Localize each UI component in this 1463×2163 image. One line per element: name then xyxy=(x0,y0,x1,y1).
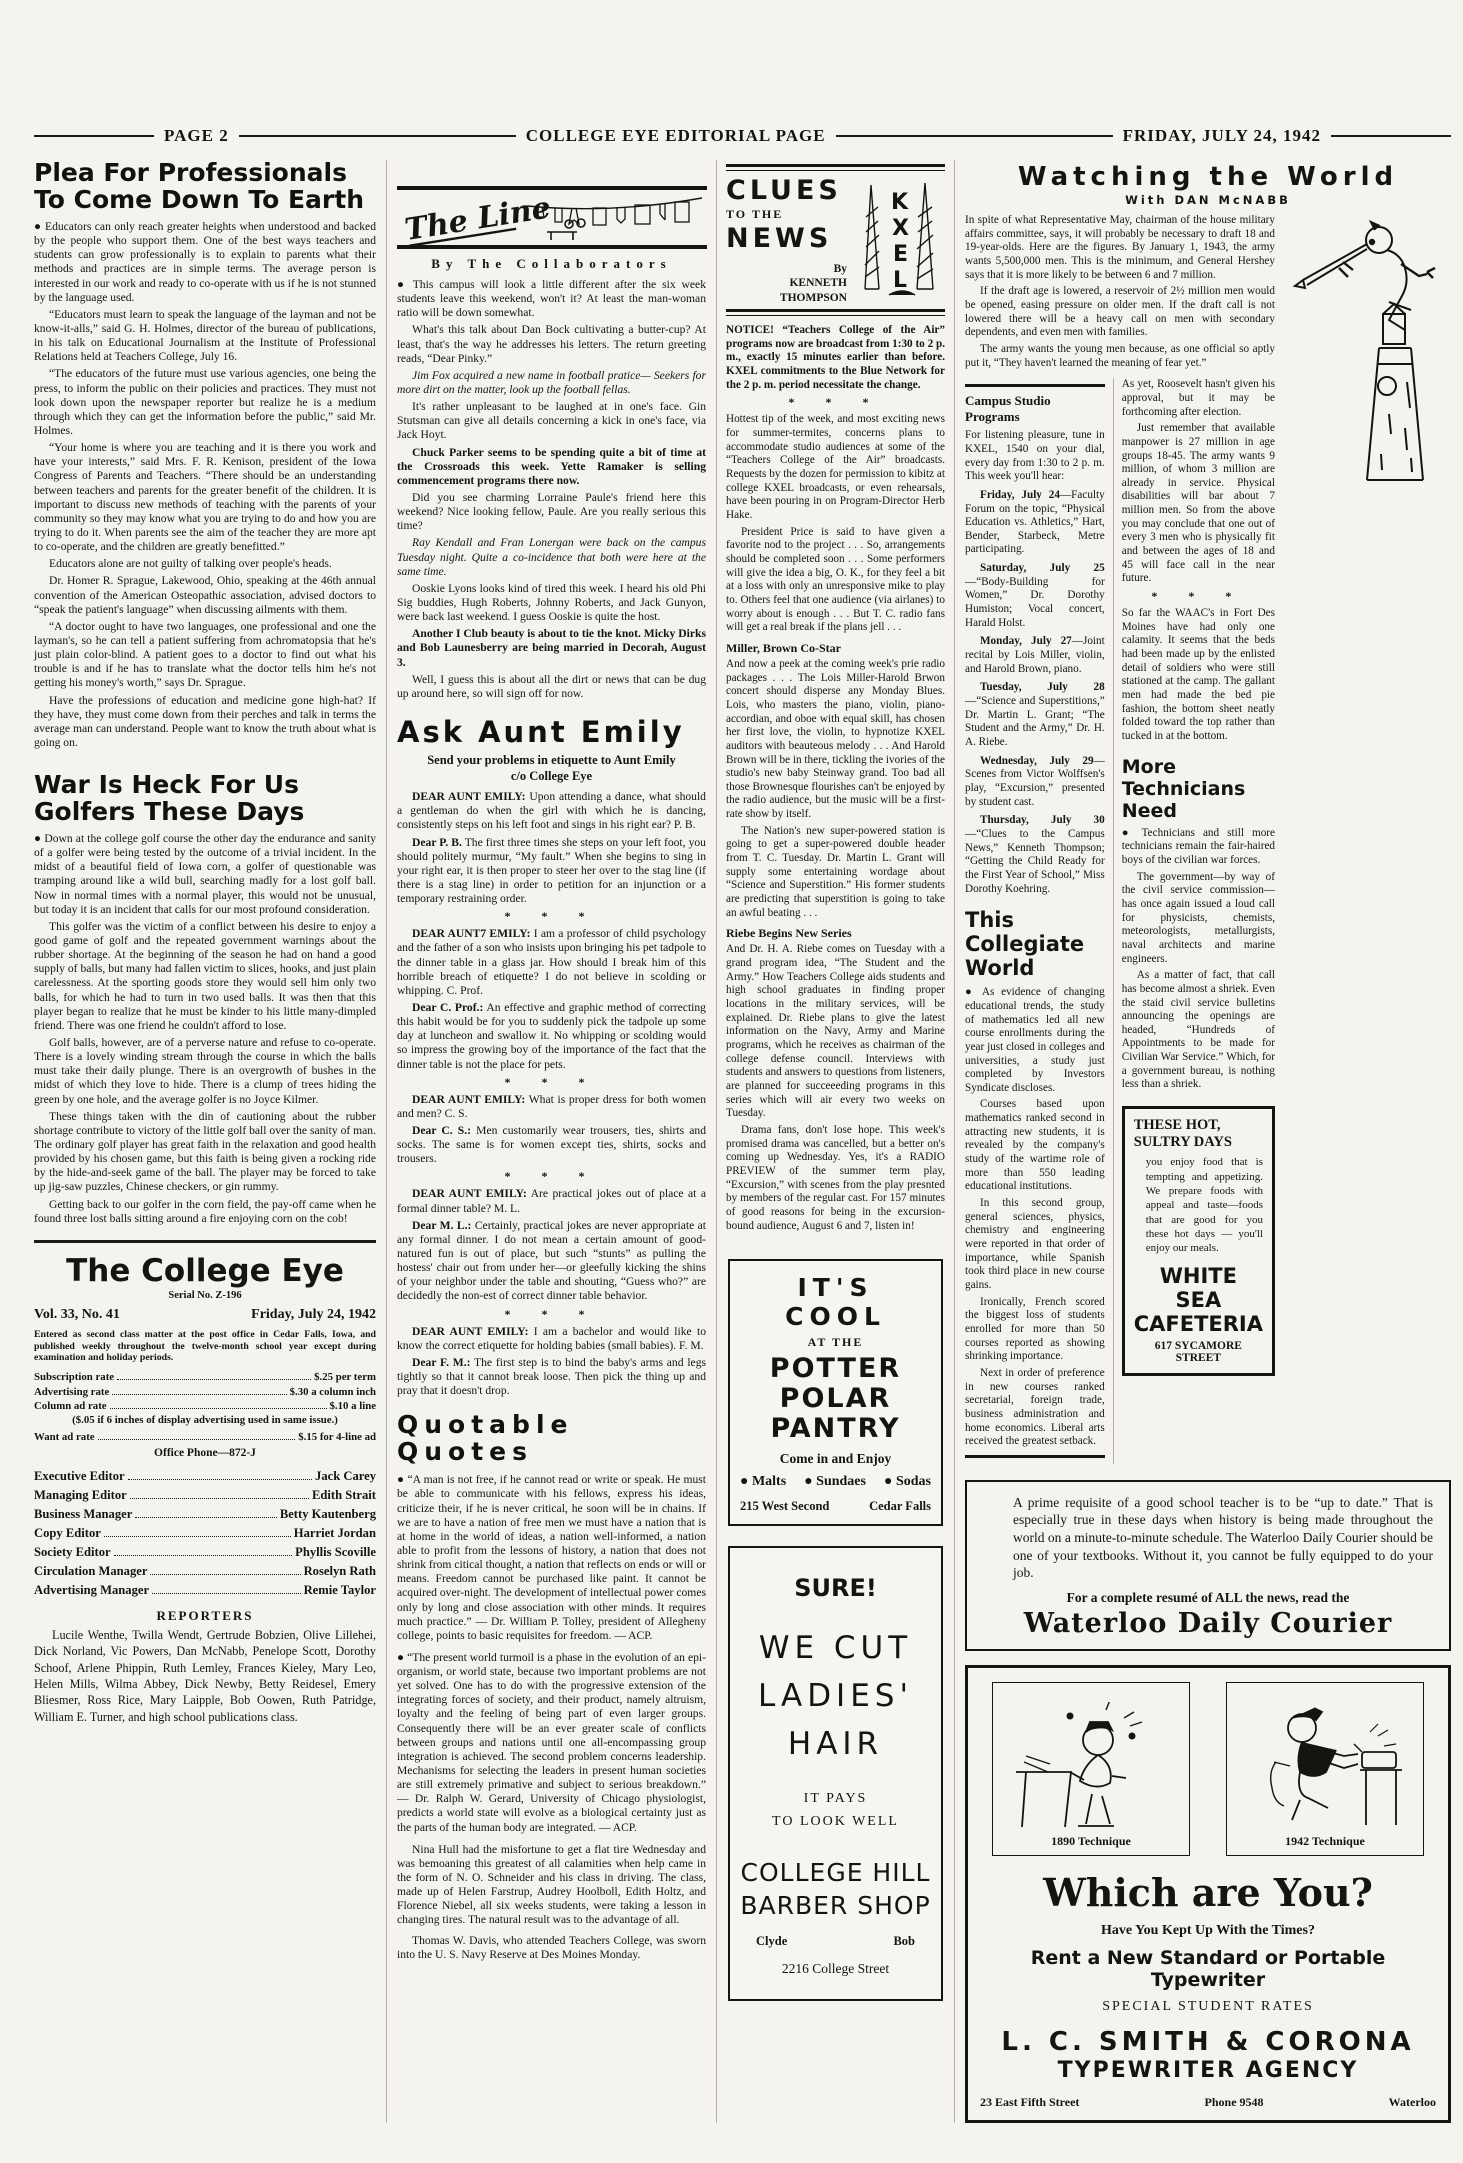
article-paragraph: “Your home is where you are teaching and… xyxy=(34,441,376,554)
leader-dots xyxy=(152,1593,301,1594)
typist-1890-illustration xyxy=(1006,1702,1176,1832)
barber-name: Clyde xyxy=(756,1934,787,1949)
letter-salutation: Dear F. M.: xyxy=(412,1356,470,1369)
ad-tagline-line: TO LOOK WELL xyxy=(738,1811,933,1833)
gossip-item: What's this talk about Dan Bock cultivat… xyxy=(397,323,706,365)
column-1: Plea For Professionals To Come Down To E… xyxy=(34,160,386,2123)
rate-row: Subscription rate $.25 per term xyxy=(34,1370,376,1385)
illustration-caption: 1942 Technique xyxy=(1285,1834,1365,1849)
news-brief: Thomas W. Davis, who attended Teachers C… xyxy=(397,1934,706,1962)
aunt-emily-subtitle-line: Send your problems in etiquette to Aunt … xyxy=(397,752,706,768)
news-brief: Nina Hull had the misfortune to get a fl… xyxy=(397,1843,706,1928)
radio-news-paragraph: And Dr. H. A. Riebe comes on Tuesday wit… xyxy=(726,943,945,1121)
clues-title-line: CLUES xyxy=(726,177,855,204)
gossip-item: Another I Club beauty is about to tie th… xyxy=(397,627,706,669)
section-separator: * * * xyxy=(1122,589,1275,604)
program-day: Tuesday, July 28 xyxy=(980,681,1105,693)
letter-salutation: Dear C. S.: xyxy=(412,1124,471,1137)
section-separator: * * * xyxy=(397,1075,706,1090)
gossip-item: Ooskie Lyons looks kind of tired this we… xyxy=(397,582,706,624)
letter-salutation: DEAR AUNT EMILY: xyxy=(412,1325,528,1338)
leader-dots xyxy=(117,1379,311,1380)
page-number-label: PAGE 2 xyxy=(164,126,229,146)
program-desc: —“Clues to the Campus News,” Kenneth Tho… xyxy=(965,828,1105,895)
ad-business-name: POTTER xyxy=(740,1354,931,1384)
ad-rates-note: SPECIAL STUDENT RATES xyxy=(980,1999,1436,2015)
aunt-emily-headline: Ask Aunt Emily xyxy=(397,717,706,748)
radio-news-paragraph: Hottest tip of the week, and most exciti… xyxy=(726,413,945,522)
typewriter-agency-ad: 1890 Technique xyxy=(965,1665,1451,2123)
column-2: The Line xyxy=(386,160,716,2123)
masthead-title: The College Eye xyxy=(34,1253,376,1289)
masthead-date: Friday, July 24, 1942 xyxy=(251,1307,376,1323)
section-separator: * * * xyxy=(397,909,706,924)
masthead-serial: Serial No. Z-196 xyxy=(34,1290,376,1301)
ad-line: LADIES' xyxy=(738,1672,933,1720)
letter-salutation: Dear M. L.: xyxy=(412,1219,471,1232)
menu-item: ● Malts xyxy=(740,1474,786,1490)
collegiate-paragraph: Ironically, French scored the biggest lo… xyxy=(965,1296,1105,1364)
watcher-on-campanile-illustration xyxy=(1283,218,1451,486)
program-day: Monday, July 27 xyxy=(980,635,1072,647)
article-paragraph: Dr. Homer R. Sprague, Lakewood, Ohio, sp… xyxy=(34,574,376,616)
reporters-heading: REPORTERS xyxy=(34,1608,376,1624)
ad-headline: THESE HOT, SULTRY DAYS xyxy=(1134,1117,1263,1150)
rate-value: $.25 per term xyxy=(314,1370,376,1385)
masthead-entered-note: Entered as second class matter at the po… xyxy=(34,1329,376,1364)
program-item: Tuesday, July 28—“Science and Superstiti… xyxy=(965,681,1105,749)
collegiate-paragraph: ● As evidence of changing educational tr… xyxy=(965,986,1105,1095)
article-headline-golf: War Is Heck For Us Golfers These Days xyxy=(34,772,376,825)
ad-headline: IT'S COOL xyxy=(740,1273,931,1331)
clues-title-line: TO THE xyxy=(726,207,855,222)
watching-paragraph: So far the WAAC's in Fort Des Moines hav… xyxy=(1122,607,1275,744)
rate-row: Column ad rate $.10 a line xyxy=(34,1399,376,1414)
byline-by: By xyxy=(726,262,847,276)
program-item: Saturday, July 25—“Body-Building for Wom… xyxy=(965,562,1105,630)
leader-dots xyxy=(114,1555,293,1556)
ad-business-name: POLAR PANTRY xyxy=(740,1384,931,1443)
staff-name: Remie Taylor xyxy=(304,1581,376,1600)
column-3: CLUES TO THE NEWS By KENNETH THOMPSON xyxy=(716,160,954,2123)
staff-list: Executive Editor Jack Carey Managing Edi… xyxy=(34,1467,376,1599)
white-sea-cafeteria-ad: THESE HOT, SULTRY DAYS you enjoy food th… xyxy=(1122,1106,1275,1376)
rate-label: Advertising rate xyxy=(34,1385,109,1400)
ad-business-name-line: WHITE SEA xyxy=(1134,1264,1263,1312)
staff-name: Roselyn Rath xyxy=(304,1562,376,1581)
program-desc: —“Body-Building for Women,” Dr. Dorothy … xyxy=(965,576,1105,629)
program-day: Wednesday, July 29 xyxy=(980,755,1094,767)
letter-answer: Dear P. B. The first three times she ste… xyxy=(397,836,706,907)
leader-dots xyxy=(112,1394,286,1395)
program-desc: —“Science and Superstitions,” Dr. Martin… xyxy=(965,695,1105,748)
clothesline-illustration: The Line xyxy=(397,186,707,250)
campus-programs-heading: Campus Studio Programs xyxy=(965,393,1105,425)
ad-line: WE CUT xyxy=(738,1624,933,1672)
kxel-radio-towers-icon: K X E L xyxy=(859,177,945,305)
masthead: The College Eye Serial No. Z-196 Vol. 33… xyxy=(34,1240,376,1726)
program-item: Wednesday, July 29—Scenes from Victor Wo… xyxy=(965,755,1105,810)
aunt-emily-subtitle: Send your problems in etiquette to Aunt … xyxy=(397,752,706,785)
page-header: PAGE 2 COLLEGE EYE EDITORIAL PAGE FRIDAY… xyxy=(34,126,1451,146)
staff-name: Betty Kautenberg xyxy=(280,1505,376,1524)
article-paragraph: These things taken with the din of cauti… xyxy=(34,1110,376,1195)
watching-paragraph: Just remember that available manpower is… xyxy=(1122,422,1275,586)
the-line-byline: By The Collaborators xyxy=(397,256,706,272)
barber-name: Bob xyxy=(893,1934,915,1949)
leader-dots xyxy=(130,1498,309,1499)
quote-paragraph: ● “The present world turmoil is a phase … xyxy=(397,1651,706,1835)
header-rule xyxy=(239,135,516,137)
staff-role: Advertising Manager xyxy=(34,1581,149,1600)
campus-intro: For listening pleasure, tune in KXEL, 15… xyxy=(965,429,1105,484)
illustration-caption: 1890 Technique xyxy=(1051,1834,1131,1849)
leader-dots xyxy=(104,1536,291,1537)
article-paragraph: Getting back to our golfer in the corn f… xyxy=(34,1198,376,1226)
rate-note: ($.05 if 6 inches of display advertising… xyxy=(34,1414,376,1426)
ad-street: 215 West Second xyxy=(740,1499,829,1514)
page-date: FRIDAY, JULY 24, 1942 xyxy=(1123,126,1321,146)
section-separator: * * * xyxy=(397,1169,706,1184)
rate-label: Subscription rate xyxy=(34,1370,114,1385)
subcolumn-4: Campus Studio Programs For listening ple… xyxy=(965,378,1113,1464)
letter-question: DEAR AUNT EMILY: Are practical jokes out… xyxy=(397,1187,706,1215)
watching-world-byline: With DAN McNABB xyxy=(965,193,1451,207)
letter-salutation: DEAR AUNT EMILY: xyxy=(412,790,526,803)
masthead-volume: Vol. 33, No. 41 xyxy=(34,1307,120,1323)
clues-byline: By KENNETH THOMPSON xyxy=(726,262,855,305)
kxel-letter: E xyxy=(893,242,908,267)
technicians-headline: More Technicians Need xyxy=(1122,756,1275,822)
staff-row: Copy Editor Harriet Jordan xyxy=(34,1524,376,1543)
article-paragraph: “The educators of the future must use va… xyxy=(34,367,376,438)
letter-question: DEAR AUNT EMILY: Upon attending a dance,… xyxy=(397,790,706,832)
header-rule xyxy=(34,135,154,137)
header-rule xyxy=(1331,135,1451,137)
ad-tagline-line: IT PAYS xyxy=(738,1788,933,1810)
rate-row: Advertising rate $.30 a column inch xyxy=(34,1385,376,1400)
subcolumn-5: As yet, Roosevelt hasn't given his appro… xyxy=(1113,378,1275,1464)
letter-salutation: DEAR AUNT EMILY: xyxy=(412,1093,525,1106)
staff-row: Business Manager Betty Kautenberg xyxy=(34,1505,376,1524)
ad-address-row: 215 West Second Cedar Falls xyxy=(740,1499,931,1514)
the-line-banner: The Line xyxy=(397,186,706,250)
watching-paragraph: As yet, Roosevelt hasn't given his appro… xyxy=(1122,378,1275,419)
staff-name: Phyllis Scoville xyxy=(295,1543,376,1562)
article-paragraph: Have the professions of education and me… xyxy=(34,694,376,751)
ad-tagline: Come in and Enjoy xyxy=(740,1451,931,1467)
ad-city: Cedar Falls xyxy=(869,1499,931,1514)
thick-rule xyxy=(965,1455,1105,1458)
reporters-list: Lucile Wenthe, Twilla Wendt, Gertrude Bo… xyxy=(34,1627,376,1726)
staff-role: Business Manager xyxy=(34,1505,132,1524)
leader-dots xyxy=(128,1479,312,1480)
kxel-letter: X xyxy=(892,216,909,241)
gossip-item: It's rather unpleasant to be laughed at … xyxy=(397,400,706,442)
article-headline-plea: Plea For Professionals To Come Down To E… xyxy=(34,160,376,213)
ad-business-name: COLLEGE HILL BARBER SHOP xyxy=(738,1857,933,1922)
ad-offer: Rent a New Standard or Portable Typewrit… xyxy=(980,1947,1436,1991)
rate-value: $.30 a column inch xyxy=(290,1385,376,1400)
typist-1942-illustration xyxy=(1240,1702,1410,1832)
ad-business-name: TYPEWRITER AGENCY xyxy=(980,2058,1436,2083)
radio-news-paragraph: The Nation's new super-powered station i… xyxy=(726,825,945,921)
program-day: Saturday, July 25 xyxy=(980,562,1105,574)
ad-body: A prime requisite of a good school teach… xyxy=(983,1494,1433,1582)
program-item: Friday, July 24—Faculty Forum on the top… xyxy=(965,489,1105,557)
program-item: Thursday, July 30—“Clues to the Campus N… xyxy=(965,814,1105,896)
quote-paragraph: ● “A man is not free, if he cannot read … xyxy=(397,1473,706,1643)
kxel-letter: L xyxy=(893,268,907,293)
article-paragraph: ● Down at the college golf course the ot… xyxy=(34,832,376,917)
barber-names-row: Clyde Bob xyxy=(738,1934,933,1949)
ad-headline: SURE! xyxy=(738,1574,933,1602)
ad-business-name: Waterloo Daily Courier xyxy=(983,1608,1433,1639)
ad-line: HAIR xyxy=(738,1720,933,1768)
radio-news-paragraph: President Price is said to have given a … xyxy=(726,526,945,635)
office-phone: Office Phone—872-J xyxy=(34,1447,376,1459)
rate-row: Want ad rate $.15 for 4-line ad xyxy=(34,1430,376,1445)
ad-tagline: For a complete resumé of ALL the news, r… xyxy=(983,1590,1433,1606)
double-rule xyxy=(726,309,945,316)
ad-business-name: WHITE SEA CAFETERIA xyxy=(1134,1264,1263,1336)
byline-name: KENNETH xyxy=(726,276,847,290)
ad-tagline: IT PAYS TO LOOK WELL xyxy=(738,1788,933,1833)
menu-item: ● Sodas xyxy=(884,1474,931,1490)
svg-text:The Line: The Line xyxy=(402,190,553,248)
aunt-emily-subtitle-line: c/o College Eye xyxy=(397,768,706,784)
rate-label: Want ad rate xyxy=(34,1430,95,1445)
ad-subline: AT THE xyxy=(740,1335,931,1350)
clues-title-block: CLUES TO THE NEWS By KENNETH THOMPSON xyxy=(726,177,855,305)
staff-row: Executive Editor Jack Carey xyxy=(34,1467,376,1486)
gossip-item: Chuck Parker seems to be spending quite … xyxy=(397,446,706,488)
gossip-item: Well, I guess this is about all the dirt… xyxy=(397,673,706,701)
article-paragraph: ● Educators can only reach greater heigh… xyxy=(34,220,376,305)
ad-business-name-line: COLLEGE HILL xyxy=(738,1857,933,1890)
rate-value: $.15 for 4-line ad xyxy=(298,1430,376,1445)
technique-illustrations: 1890 Technique xyxy=(980,1682,1436,1856)
article-paragraph: Educators alone are not guilty of talkin… xyxy=(34,557,376,571)
ad-headline: Which are You? xyxy=(980,1870,1436,1915)
technique-1942-panel: 1942 Technique xyxy=(1226,1682,1424,1856)
clues-masthead: CLUES TO THE NEWS By KENNETH THOMPSON xyxy=(726,177,945,305)
ad-business-name-line: BARBER SHOP xyxy=(738,1890,933,1923)
letter-question: DEAR AUNT7 EMILY: I am a professor of ch… xyxy=(397,927,706,998)
thick-rule xyxy=(965,384,1105,387)
letter-salutation: Dear C. Prof.: xyxy=(412,1001,483,1014)
college-hill-barber-ad: SURE! WE CUT LADIES' HAIR IT PAYS TO LOO… xyxy=(728,1546,943,2001)
ad-address-row: 23 East Fifth Street Phone 9548 Waterloo xyxy=(980,2095,1436,2110)
staff-row: Advertising Manager Remie Taylor xyxy=(34,1581,376,1600)
ad-subheadline: Have You Kept Up With the Times? xyxy=(980,1923,1436,1939)
ad-city: Waterloo xyxy=(1389,2095,1436,2110)
letter-answer: Dear M. L.: Certainly, practical jokes a… xyxy=(397,1219,706,1304)
letter-salutation: Dear P. B. xyxy=(412,836,462,849)
collegiate-paragraph: In this second group, general sciences, … xyxy=(965,1197,1105,1293)
ad-street: 617 SYCAMORE STREET xyxy=(1134,1340,1263,1364)
section-separator: * * * xyxy=(726,395,945,410)
waterloo-courier-ad: A prime requisite of a good school teach… xyxy=(965,1480,1451,1651)
double-rule xyxy=(726,164,945,171)
letter-salutation: DEAR AUNT EMILY: xyxy=(412,1187,527,1200)
page-title: COLLEGE EYE EDITORIAL PAGE xyxy=(526,126,826,146)
staff-row: Society Editor Phyllis Scoville xyxy=(34,1543,376,1562)
newspaper-page: PAGE 2 COLLEGE EYE EDITORIAL PAGE FRIDAY… xyxy=(0,0,1463,2163)
gossip-item: ● This campus will look a little differe… xyxy=(397,278,706,320)
rate-value: $.10 a line xyxy=(330,1399,377,1414)
ad-body: you enjoy food that is tempting and appe… xyxy=(1134,1155,1263,1255)
article-paragraph: “Educators must learn to speak the langu… xyxy=(34,308,376,365)
letter-answer: Dear C. S.: Men customarily wear trouser… xyxy=(397,1124,706,1166)
radio-subhead: Riebe Begins New Series xyxy=(726,926,945,941)
technique-1890-panel: 1890 Technique xyxy=(992,1682,1190,1856)
gossip-item: Jim Fox acquired a new name in football … xyxy=(397,369,706,397)
ad-street: 23 East Fifth Street xyxy=(980,2095,1079,2110)
ad-phone: Phone 9548 xyxy=(1205,2095,1264,2110)
byline-name: THOMPSON xyxy=(726,291,847,305)
section-separator: * * * xyxy=(397,1307,706,1322)
program-item: Monday, July 27—Joint recital by Lois Mi… xyxy=(965,635,1105,676)
masthead-vol-row: Vol. 33, No. 41 Friday, July 24, 1942 xyxy=(34,1307,376,1323)
leader-dots xyxy=(135,1517,277,1518)
collegiate-world-headline: This Collegiate World xyxy=(965,908,1105,980)
letter-answer: Dear F. M.: The first step is to bind th… xyxy=(397,1356,706,1398)
letter-answer: Dear C. Prof.: An effective and graphic … xyxy=(397,1001,706,1072)
aunt-emily-letters: DEAR AUNT EMILY: Upon attending a dance,… xyxy=(397,790,706,1398)
technicians-paragraph: ● Technicians and still more technicians… xyxy=(1122,827,1275,868)
radio-news-paragraph: And now a peek at the coming week's prie… xyxy=(726,658,945,822)
staff-row: Circulation Manager Roselyn Rath xyxy=(34,1562,376,1581)
staff-name: Jack Carey xyxy=(315,1467,376,1486)
technicians-paragraph: The government—by way of the civil servi… xyxy=(1122,871,1275,967)
ad-business-name-line: CAFETERIA xyxy=(1134,1312,1263,1336)
notice-paragraph: NOTICE! “Teachers College of the Air” pr… xyxy=(726,324,945,392)
column-right: Watching the World With DAN McNABB xyxy=(954,160,1451,2123)
letter-question: DEAR AUNT EMILY: What is proper dress fo… xyxy=(397,1093,706,1121)
leader-dots xyxy=(150,1574,300,1575)
kxel-letter: K xyxy=(891,190,909,215)
collegiate-paragraph: Next in order of preference in new cours… xyxy=(965,1367,1105,1449)
technicians-paragraph: As a matter of fact, that call has becom… xyxy=(1122,969,1275,1092)
watching-world-headline: Watching the World xyxy=(965,162,1451,192)
collegiate-paragraph: Courses based upon mathematics ranked se… xyxy=(965,1098,1105,1194)
program-day: Thursday, July 30 xyxy=(980,814,1105,826)
staff-name: Edith Strait xyxy=(312,1486,376,1505)
staff-role: Circulation Manager xyxy=(34,1562,147,1581)
leader-dots xyxy=(98,1439,296,1440)
clues-title-line: NEWS xyxy=(726,225,855,252)
rate-label: Column ad rate xyxy=(34,1399,107,1414)
ad-menu-items: ● Malts ● Sundaes ● Sodas xyxy=(740,1474,931,1490)
article-paragraph: “A doctor ought to have two languages, o… xyxy=(34,620,376,691)
gossip-item: Ray Kendall and Fran Lonergan were back … xyxy=(397,536,706,578)
staff-role: Managing Editor xyxy=(34,1486,127,1505)
staff-name: Harriet Jordan xyxy=(294,1524,376,1543)
menu-item: ● Sundaes xyxy=(804,1474,866,1490)
staff-role: Society Editor xyxy=(34,1543,111,1562)
columns: Plea For Professionals To Come Down To E… xyxy=(34,160,1451,2123)
staff-row: Managing Editor Edith Strait xyxy=(34,1486,376,1505)
article-paragraph: Golf balls, however, are of a perverse n… xyxy=(34,1036,376,1107)
watching-world-intro: In spite of what Representative May, cha… xyxy=(965,214,1451,370)
potter-polar-pantry-ad: IT'S COOL AT THE POTTER POLAR PANTRY Com… xyxy=(728,1259,943,1526)
ad-business-name: L. C. SMITH & CORONA xyxy=(980,2027,1436,2058)
ad-street: 2216 College Street xyxy=(738,1961,933,1977)
leader-dots xyxy=(110,1408,327,1409)
header-rule xyxy=(836,135,1113,137)
letter-question: DEAR AUNT EMILY: I am a bachelor and wou… xyxy=(397,1325,706,1353)
quotable-quotes-headline: Quotable Quotes xyxy=(397,1412,706,1465)
program-day: Friday, July 24 xyxy=(980,489,1060,501)
staff-role: Copy Editor xyxy=(34,1524,101,1543)
letter-salutation: DEAR AUNT7 EMILY: xyxy=(412,927,530,940)
right-subcolumns: Campus Studio Programs For listening ple… xyxy=(965,378,1275,1464)
radio-news-paragraph: Drama fans, don't lose hope. This week's… xyxy=(726,1124,945,1233)
staff-role: Executive Editor xyxy=(34,1467,125,1486)
article-paragraph: This golfer was the victim of a conflict… xyxy=(34,920,376,1033)
gossip-item: Did you see charming Lorraine Paule's fr… xyxy=(397,491,706,533)
radio-subhead: Miller, Brown Co-Star xyxy=(726,641,945,656)
